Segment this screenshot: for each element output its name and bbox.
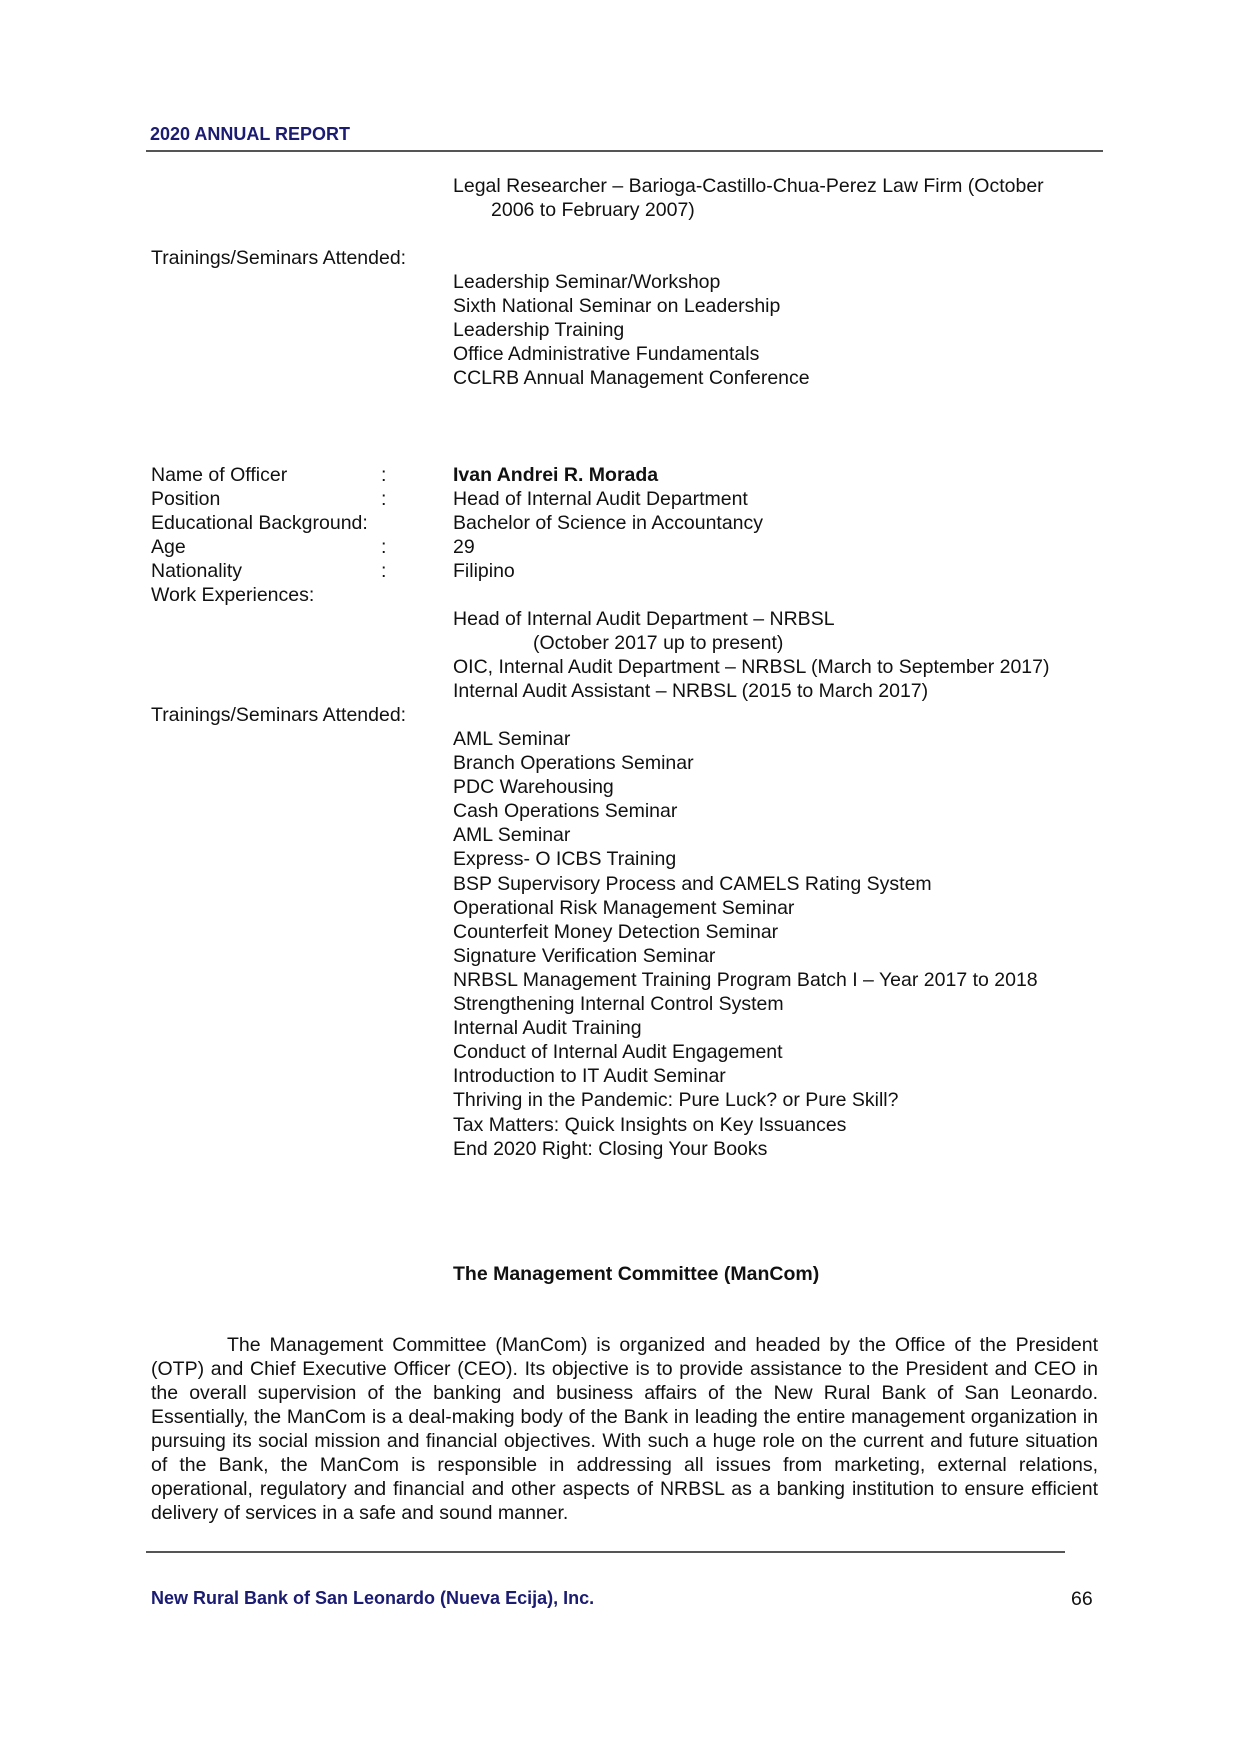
work-experience-line: Legal Researcher – Barioga-Castillo-Chua…: [453, 174, 1044, 198]
training-item: Counterfeit Money Detection Seminar: [453, 920, 1038, 944]
training-item: Sixth National Seminar on Leadership: [453, 294, 810, 318]
work-experiences-label: Work Experiences:: [151, 583, 314, 607]
mancom-paragraph: The Management Committee (ManCom) is org…: [151, 1333, 1098, 1525]
officer-age: 29: [453, 535, 475, 559]
page-number: 66: [1071, 1588, 1093, 1611]
training-item: Introduction to IT Audit Seminar: [453, 1064, 1038, 1088]
education-label: Educational Background:: [151, 511, 368, 535]
officer-education: Bachelor of Science in Accountancy: [453, 511, 763, 535]
training-item: Branch Operations Seminar: [453, 751, 1038, 775]
officer-nationality: Filipino: [453, 559, 515, 583]
training-item: Conduct of Internal Audit Engagement: [453, 1040, 1038, 1064]
training-item: BSP Supervisory Process and CAMELS Ratin…: [453, 872, 1038, 896]
work-experience-line: OIC, Internal Audit Department – NRBSL (…: [453, 655, 1049, 679]
age-label: Age: [151, 535, 186, 559]
training-item: AML Seminar: [453, 823, 1038, 847]
footer-company-name: New Rural Bank of San Leonardo (Nueva Ec…: [151, 1588, 594, 1609]
name-colon: :: [381, 463, 386, 487]
training-item: Tax Matters: Quick Insights on Key Issua…: [453, 1113, 1038, 1137]
officer-name: Ivan Andrei R. Morada: [453, 463, 658, 487]
training-item: End 2020 Right: Closing Your Books: [453, 1137, 1038, 1161]
work-experience-line: Head of Internal Audit Department – NRBS…: [453, 607, 835, 631]
training-item: Internal Audit Training: [453, 1016, 1038, 1040]
mancom-heading: The Management Committee (ManCom): [453, 1262, 819, 1286]
trainings-label: Trainings/Seminars Attended:: [151, 246, 406, 270]
trainings-label: Trainings/Seminars Attended:: [151, 703, 406, 727]
training-item: Signature Verification Seminar: [453, 944, 1038, 968]
training-item: Leadership Training: [453, 318, 810, 342]
position-colon: :: [381, 487, 386, 511]
training-item: PDC Warehousing: [453, 775, 1038, 799]
name-label: Name of Officer: [151, 463, 287, 487]
training-item: Strengthening Internal Control System: [453, 992, 1038, 1016]
footer-rule: [146, 1551, 1065, 1553]
trainings-list: AML Seminar Branch Operations Seminar PD…: [453, 727, 1038, 1161]
nationality-colon: :: [381, 559, 386, 583]
training-item: Express- O ICBS Training: [453, 847, 1038, 871]
training-item: CCLRB Annual Management Conference: [453, 366, 810, 390]
work-experience-line: Internal Audit Assistant – NRBSL (2015 t…: [453, 679, 928, 703]
position-label: Position: [151, 487, 220, 511]
age-colon: :: [381, 535, 386, 559]
training-item: Leadership Seminar/Workshop: [453, 270, 810, 294]
trainings-list-previous: Leadership Seminar/Workshop Sixth Nation…: [453, 270, 810, 390]
header-rule: [146, 150, 1103, 152]
work-experience-line: 2006 to February 2007): [491, 198, 695, 222]
training-item: Cash Operations Seminar: [453, 799, 1038, 823]
work-experience-line: (October 2017 up to present): [533, 631, 783, 655]
report-header-title: 2020 ANNUAL REPORT: [150, 124, 350, 145]
officer-position: Head of Internal Audit Department: [453, 487, 748, 511]
training-item: Operational Risk Management Seminar: [453, 896, 1038, 920]
training-item: NRBSL Management Training Program Batch …: [453, 968, 1038, 992]
nationality-label: Nationality: [151, 559, 242, 583]
training-item: AML Seminar: [453, 727, 1038, 751]
training-item: Office Administrative Fundamentals: [453, 342, 810, 366]
training-item: Thriving in the Pandemic: Pure Luck? or …: [453, 1088, 1038, 1112]
